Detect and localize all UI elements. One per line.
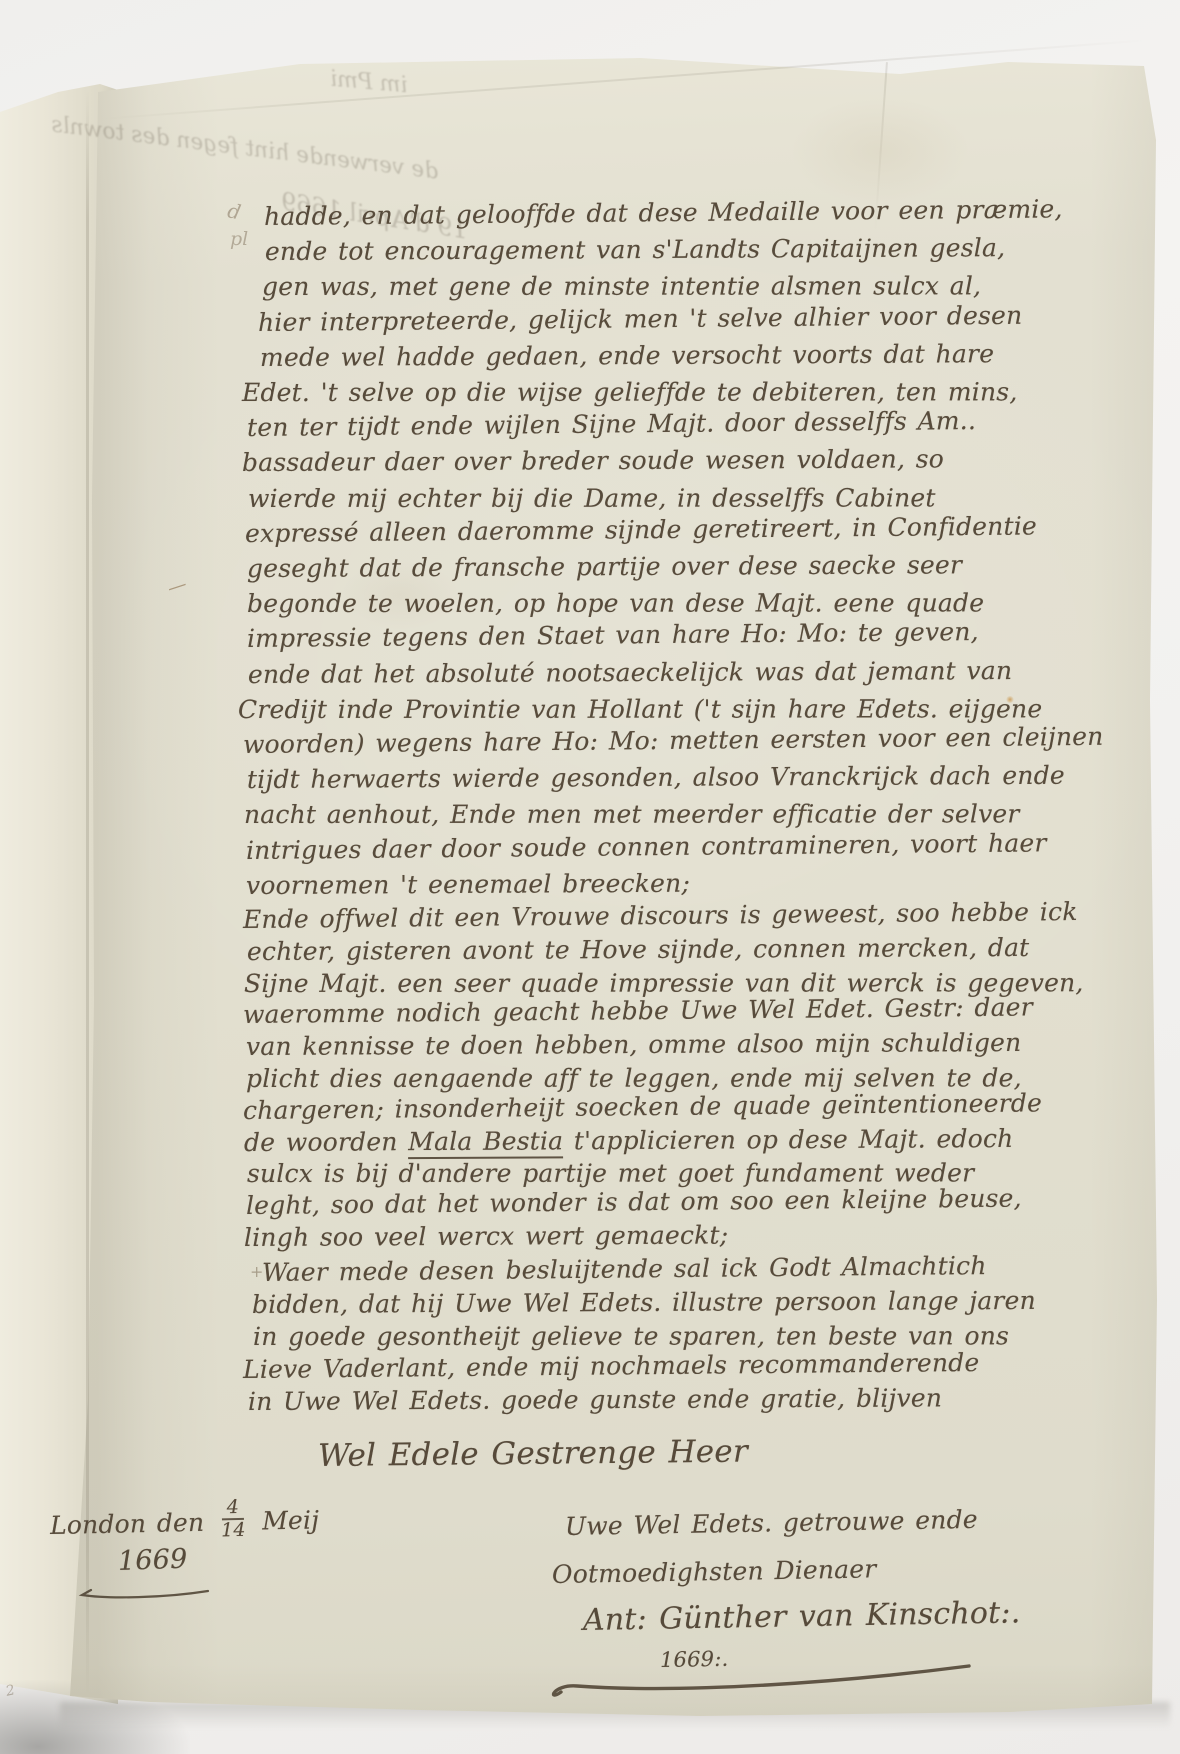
text-line: ende tot encouragement van s'Landts Capi… (265, 233, 1005, 266)
text-line: mede wel hadde gedaen, ende versocht voo… (260, 339, 994, 372)
text-line: lingh soo veel wercx wert gemaeckt; (244, 1220, 728, 1252)
text-line: sulcx is bij d'andere partije met goet f… (247, 1159, 974, 1189)
text-line: van kennisse te doen hebben, omme alsoo … (246, 1028, 1022, 1061)
text-line: bassadeur daer over breder soude wesen v… (242, 445, 944, 478)
binding-gutter-crease (86, 90, 89, 1696)
text-line: tijdt herwaerts wierde gesonden, alsoo V… (247, 761, 1065, 794)
dateline-place: London den (50, 1508, 205, 1540)
underlined-phrase: Mala Bestia (408, 1126, 563, 1159)
text-line: ende dat het absoluté nootsaeckelijck wa… (248, 656, 1012, 689)
closing-salutation: Wel Edele Gestrenge Heer (318, 1433, 748, 1473)
text-line: in Uwe Wel Edets. goede gunste ende grat… (248, 1383, 942, 1416)
text-line: echter, gisteren avont te Hove sijnde, c… (247, 933, 1030, 966)
margin-ink-mark: + (250, 1262, 263, 1281)
text-line: bidden, dat hij Uwe Wel Edets. illustre … (252, 1286, 1036, 1319)
paper-stain (790, 96, 970, 206)
date-underline-flourish (74, 1586, 214, 1604)
text-line: plicht dies aengaende aff te leggen, end… (246, 1063, 1022, 1093)
text-line: de woorden Mala Bestia t'applicieren op … (244, 1124, 1014, 1157)
signature-flourish (545, 1656, 985, 1704)
text-line: Credijt inde Provintie van Hollant ('t s… (238, 694, 1042, 724)
text-line: nacht aenhout, Ende men met meerder effi… (244, 800, 1020, 830)
text-line: wierde mij echter bij die Dame, in desse… (248, 483, 936, 513)
dateline-month: Meij (262, 1505, 320, 1535)
text-line: geseght dat de fransche partije over des… (247, 550, 962, 583)
dateline: London den 4 14 Meij (50, 1496, 320, 1544)
date-fraction: 4 14 (220, 1498, 245, 1541)
letter-photo: { "palette":{ "desk":"#f2f1ef","paper":"… (0, 0, 1180, 1754)
text-line: gen was, met gene de minste intentie als… (262, 272, 981, 302)
signature-line: Ootmoedighsten Dienaer (552, 1554, 877, 1589)
text-line: voornemen 't eenemael breecken; (246, 868, 690, 899)
text-line: in goede gesontheijt gelieve te sparen, … (253, 1322, 1009, 1352)
text-line: Edet. 't selve op die wijse gelieffde te… (242, 377, 1018, 407)
margin-ink-mark: pl (230, 228, 248, 250)
dateline-year: 1669 (117, 1544, 188, 1577)
text-line: begonde te woelen, op hope van dese Majt… (247, 589, 984, 619)
